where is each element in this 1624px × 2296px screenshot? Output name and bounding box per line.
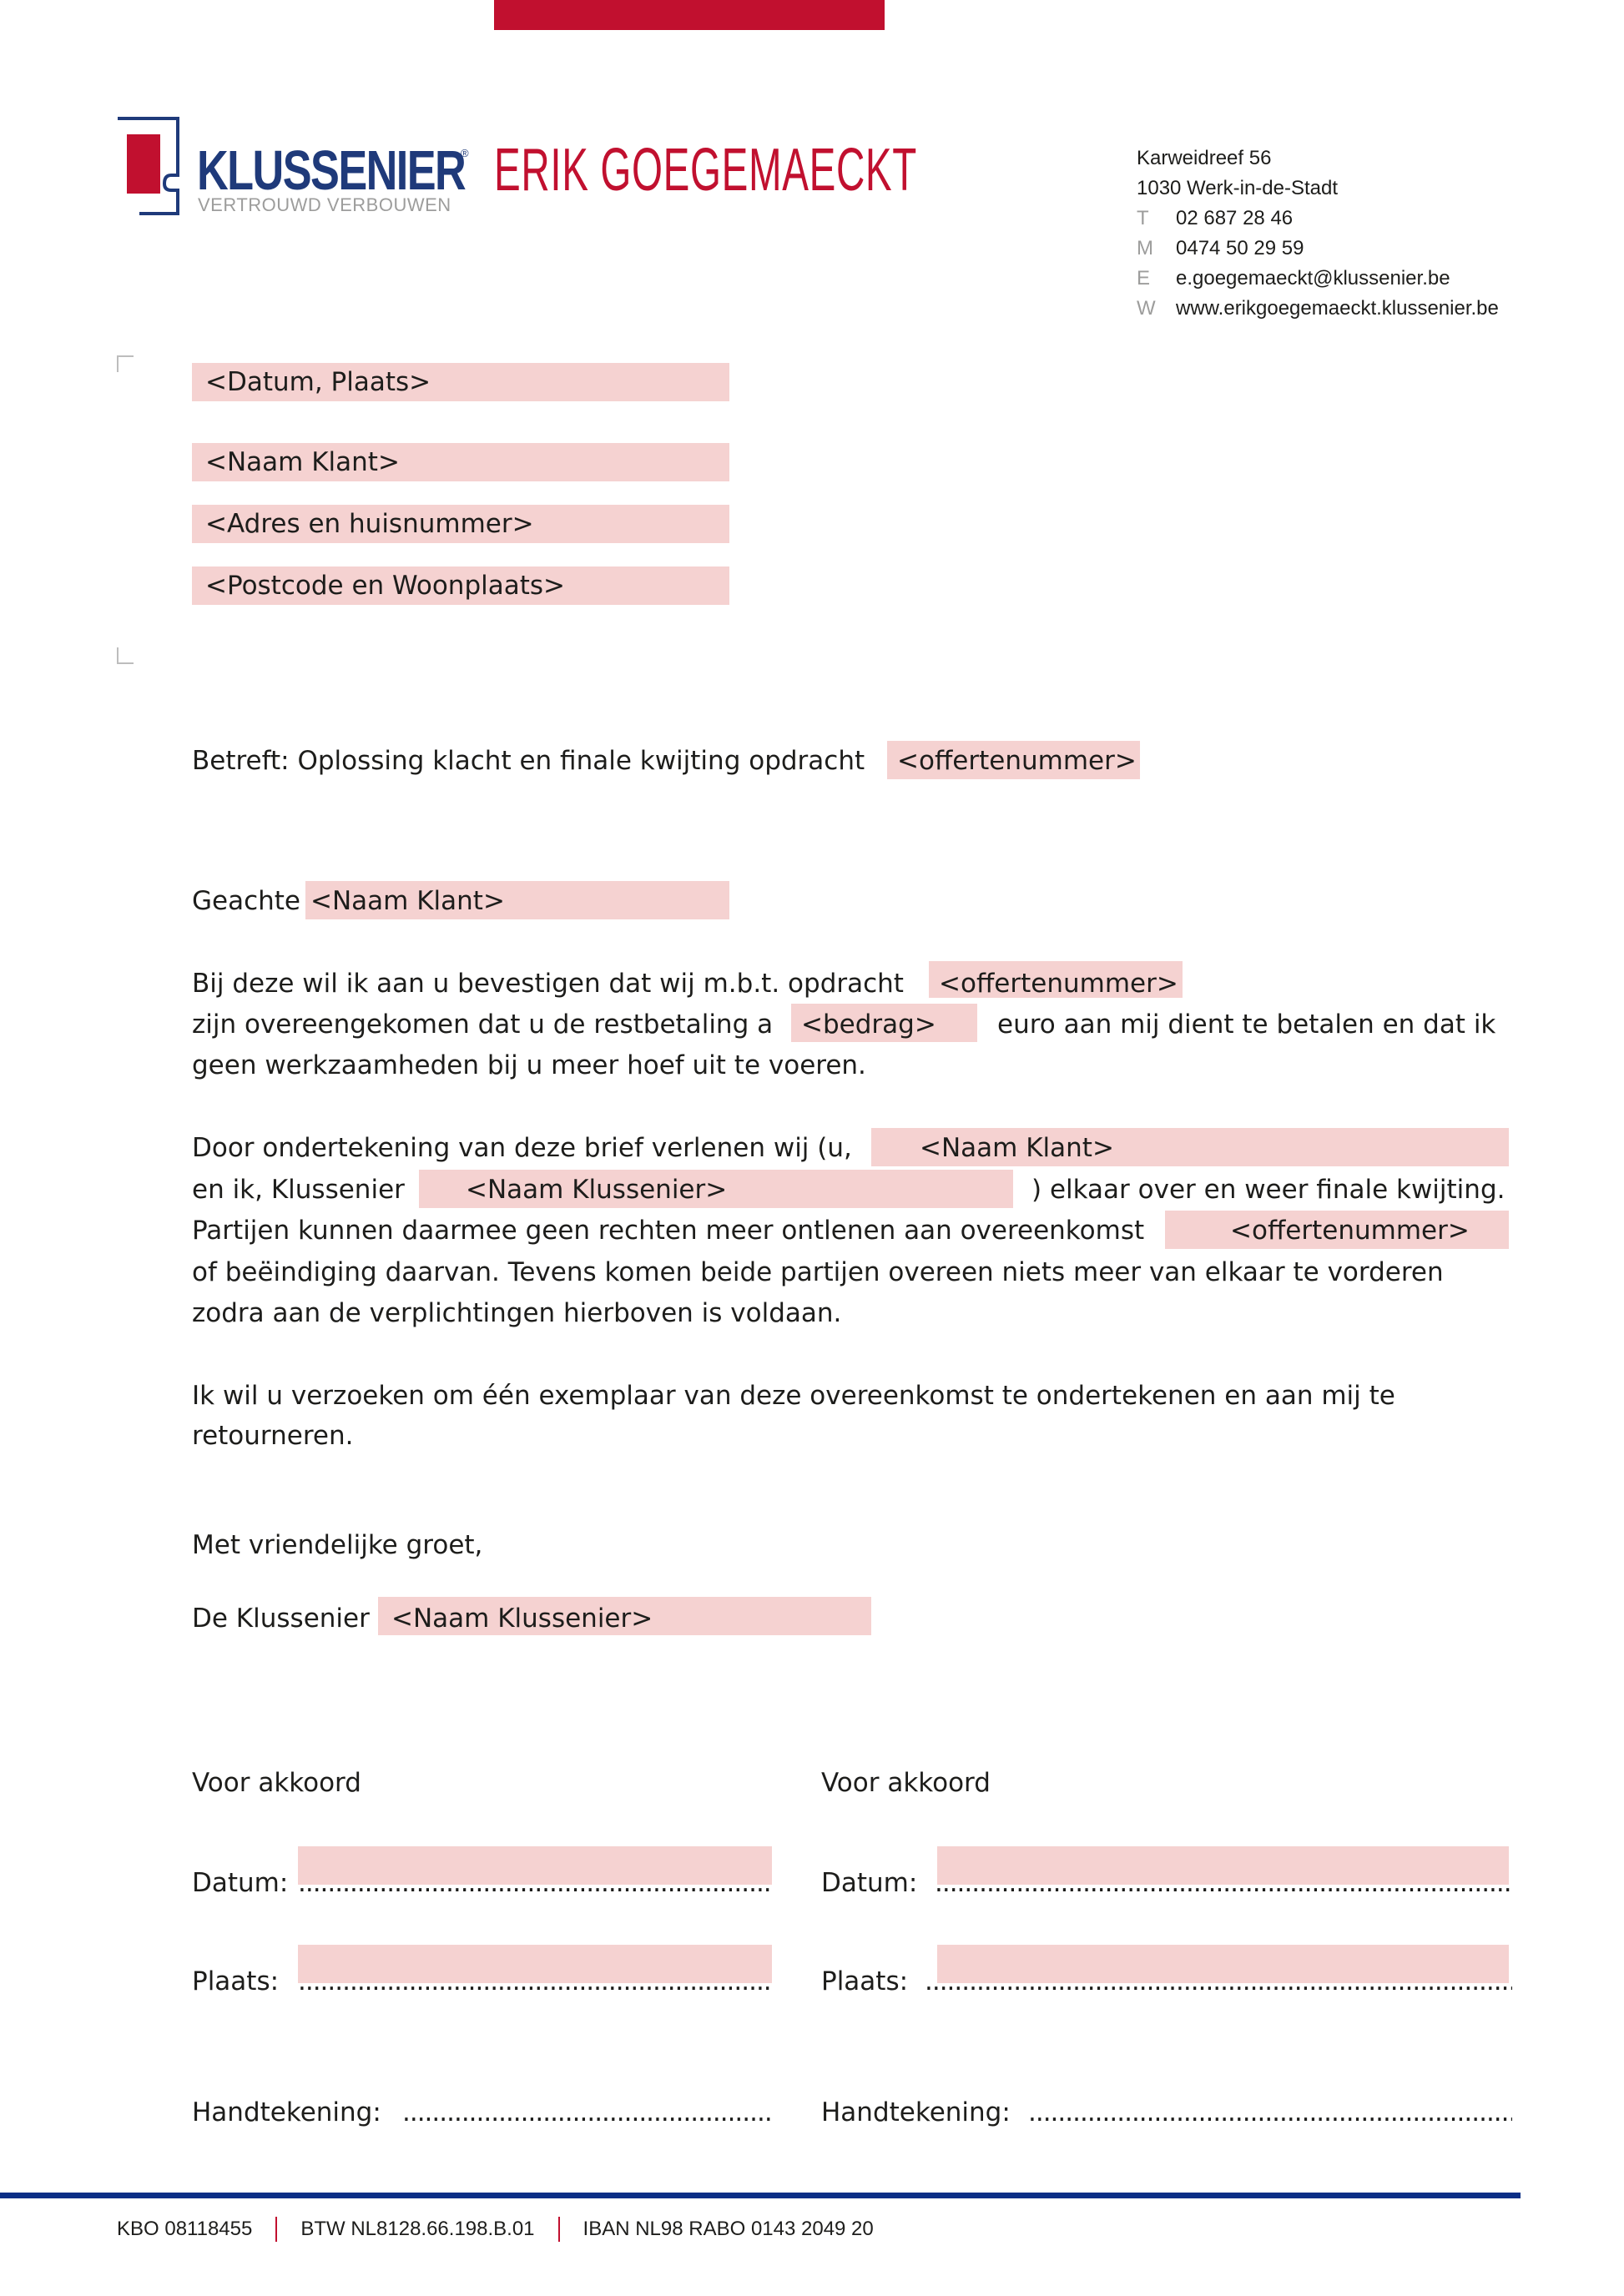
postal-city-placeholder: <Postcode en Woonplaats> <box>205 573 565 599</box>
p3-line2: retourneren. <box>192 1423 353 1449</box>
left-date-label: Datum: <box>192 1871 288 1896</box>
left-place-dotted-line: ........................................… <box>298 1969 772 1995</box>
website-label: W <box>1137 294 1176 324</box>
p1-line2-start: zijn overeengekomen dat u de restbetalin… <box>192 1012 773 1038</box>
p2-line4: of beëindiging daarvan. Tevens komen bei… <box>192 1260 1444 1286</box>
left-place-label: Plaats: <box>192 1969 279 1995</box>
closing-contractor-name-field[interactable]: <Naam Klussenier> <box>378 1597 871 1635</box>
p2-client-name-field[interactable]: <Naam Klant> <box>871 1128 1509 1166</box>
phone-label: T <box>1137 204 1176 234</box>
brand-name: ERIK GOEGEMAECKT <box>494 140 917 200</box>
client-name-placeholder: <Naam Klant> <box>205 450 400 476</box>
left-signature-heading: Voor akkoord <box>192 1770 361 1796</box>
address-field[interactable]: <Adres en huisnummer> <box>192 505 729 543</box>
address-window-corner-bottom <box>117 647 134 664</box>
p2-offer-number-field[interactable]: <offertenummer> <box>1165 1211 1509 1249</box>
date-place-placeholder: <Datum, Plaats> <box>205 370 431 395</box>
salutation-client-name: <Naam Klant> <box>310 889 505 914</box>
client-name-field[interactable]: <Naam Klant> <box>192 443 729 481</box>
website-link[interactable]: www.erikgoegemaeckt.klussenier.be <box>1176 294 1499 324</box>
contact-website: W www.erikgoegemaeckt.klussenier.be <box>1137 294 1499 324</box>
address-placeholder: <Adres en huisnummer> <box>205 511 534 537</box>
right-signature-dotted-line[interactable]: ........................................… <box>1028 2100 1512 2126</box>
p2-offer-number: <offertenummer> <box>1230 1218 1470 1244</box>
right-signature-label: Handtekening: <box>821 2100 1011 2126</box>
logo-red-door <box>127 134 160 194</box>
p3-line1: Ik wil u verzoeken om één exemplaar van … <box>192 1383 1395 1409</box>
salutation: Geachte <box>192 889 300 914</box>
phone-value: 02 687 28 46 <box>1176 204 1293 234</box>
closing-greeting: Met vriendelijke groet, <box>192 1533 482 1558</box>
footer-btw: BTW NL8128.66.198.B.01 <box>300 2218 534 2241</box>
contact-city: 1030 Werk-in-de-Stadt <box>1137 174 1499 204</box>
footer-separator <box>558 2217 560 2242</box>
logo-wordmark: KLUSSENIER <box>197 143 465 199</box>
address-window-corner-top <box>117 355 134 372</box>
left-signature-label: Handtekening: <box>192 2100 381 2126</box>
footer-rule <box>0 2193 1521 2198</box>
email-link[interactable]: e.goegemaeckt@klussenier.be <box>1176 264 1450 294</box>
p1-line3: geen werkzaamheden bij u meer hoef uit t… <box>192 1053 866 1079</box>
footer-separator <box>275 2217 277 2242</box>
closing-contractor-name: <Naam Klussenier> <box>391 1606 653 1632</box>
p1-line2-end: euro aan mij dient te betalen en dat ik <box>997 1012 1495 1038</box>
left-date-dotted-line: ........................................… <box>298 1871 772 1896</box>
contact-block: Karweidreef 56 1030 Werk-in-de-Stadt T 0… <box>1137 143 1499 324</box>
mobile-value: 0474 50 29 59 <box>1176 234 1304 264</box>
top-accent-bar <box>494 0 885 30</box>
right-signature-heading: Voor akkoord <box>821 1770 991 1796</box>
p2-line2-start: en ik, Klussenier <box>192 1177 405 1203</box>
right-date-dotted-line: ........................................… <box>935 1871 1512 1896</box>
registered-mark: ® <box>461 147 469 159</box>
p2-contractor-name: <Naam Klussenier> <box>466 1177 727 1203</box>
p1-offer-number: <offertenummer> <box>939 971 1178 997</box>
subject-offer-number-field[interactable]: <offertenummer> <box>887 741 1140 779</box>
footer: KBO 08118455 BTW NL8128.66.198.B.01 IBAN… <box>117 2217 874 2242</box>
contact-mobile: M 0474 50 29 59 <box>1137 234 1499 264</box>
subject-offer-number: <offertenummer> <box>897 748 1137 774</box>
p2-line2-end: ) elkaar over en weer finale kwijting. <box>1031 1177 1505 1203</box>
contact-street: Karweidreef 56 <box>1137 143 1499 174</box>
p1-amount-field[interactable]: <bedrag> <box>791 1004 977 1042</box>
footer-kbo: KBO 08118455 <box>117 2218 252 2241</box>
p1-line1: Bij deze wil ik aan u bevestigen dat wij… <box>192 971 904 997</box>
postal-city-field[interactable]: <Postcode en Woonplaats> <box>192 566 729 605</box>
p2-contractor-name-field[interactable]: <Naam Klussenier> <box>419 1170 1013 1208</box>
p1-offer-number-field[interactable]: <offertenummer> <box>929 961 1183 998</box>
p2-line5: zodra aan de verplichtingen hierboven is… <box>192 1301 841 1327</box>
p2-line1: Door ondertekening van deze brief verlen… <box>192 1135 852 1161</box>
subject-line: Betreft: Oplossing klacht en finale kwij… <box>192 748 865 774</box>
logo-tagline: VERTROUWD VERBOUWEN <box>198 196 451 214</box>
right-place-dotted-line: ........................................… <box>925 1969 1512 1995</box>
p1-amount: <bedrag> <box>801 1012 936 1038</box>
email-label: E <box>1137 264 1176 294</box>
p2-line3: Partijen kunnen daarmee geen rechten mee… <box>192 1218 1144 1244</box>
mobile-label: M <box>1137 234 1176 264</box>
date-place-field[interactable]: <Datum, Plaats> <box>192 363 729 401</box>
p2-client-name: <Naam Klant> <box>920 1135 1114 1161</box>
salutation-client-name-field[interactable]: <Naam Klant> <box>305 881 729 919</box>
contact-phone: T 02 687 28 46 <box>1137 204 1499 234</box>
right-place-label: Plaats: <box>821 1969 908 1995</box>
right-date-label: Datum: <box>821 1871 917 1896</box>
footer-iban: IBAN NL98 RABO 0143 2049 20 <box>583 2218 874 2241</box>
left-signature-dotted-line[interactable]: ........................................… <box>402 2100 772 2126</box>
closing-signer-prefix: De Klussenier <box>192 1606 370 1632</box>
contact-email: E e.goegemaeckt@klussenier.be <box>1137 264 1499 294</box>
